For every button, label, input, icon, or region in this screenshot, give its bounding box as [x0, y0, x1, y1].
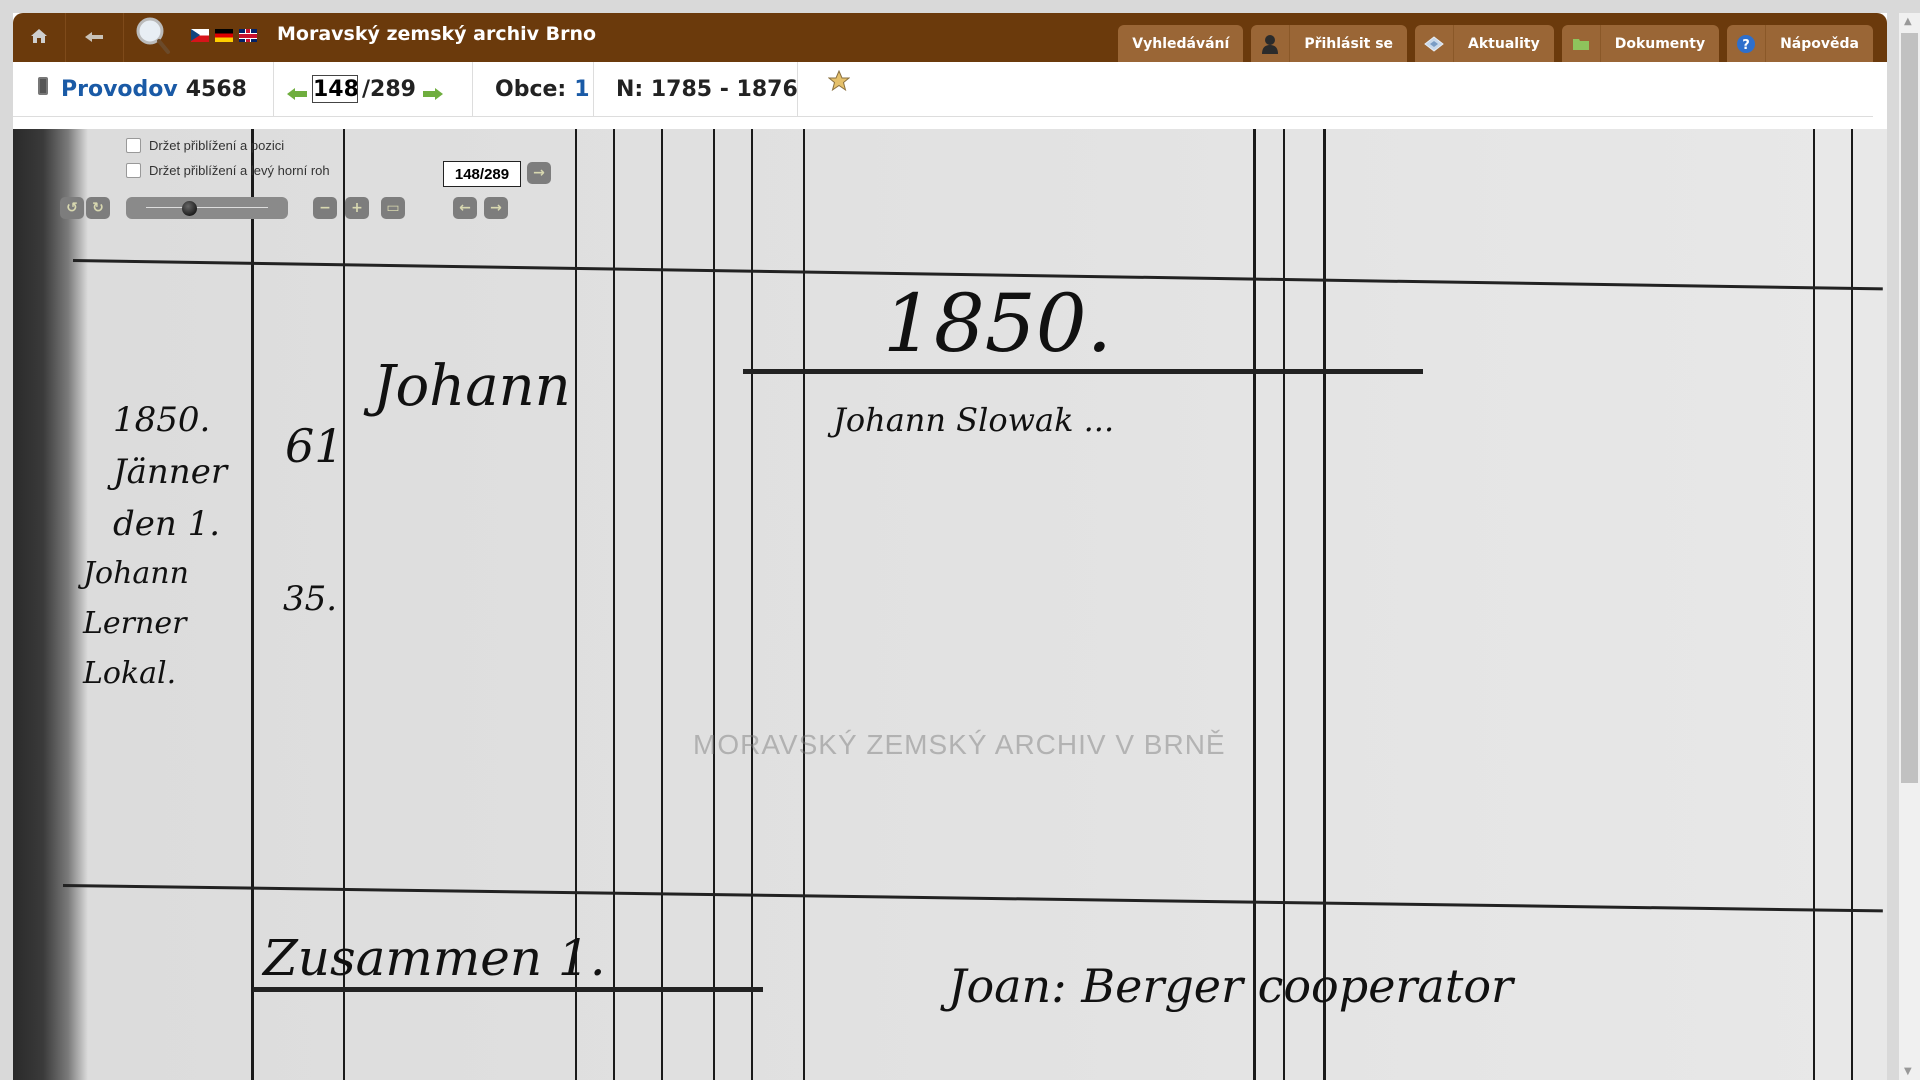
- site-title[interactable]: Moravský zemský archiv Brno: [277, 23, 596, 45]
- page-scrollbar[interactable]: ▲ ▼: [1899, 13, 1920, 1080]
- news-icon: [1415, 25, 1454, 62]
- handwritten-names: Johann Lerner Lokal.: [83, 549, 243, 699]
- obce-info: Obce: 1: [472, 62, 590, 116]
- total-pages: /289: [362, 77, 416, 102]
- keep-zoom-corner-option[interactable]: Držet přiblížení a levý horní roh: [126, 163, 330, 178]
- tab-label: Přihlásit se: [1290, 25, 1407, 62]
- rotate-left-icon: ↺: [66, 200, 78, 216]
- tab-label: Aktuality: [1454, 25, 1554, 62]
- slider-knob[interactable]: [182, 201, 197, 216]
- arrow-left-icon: ←: [459, 200, 471, 216]
- option-label: Držet přiblížení a pozici: [149, 138, 284, 153]
- range-info: N: 1785 - 1876: [593, 62, 798, 116]
- book-name-link[interactable]: Provodov: [61, 77, 178, 102]
- tab-search[interactable]: Vyhledávání: [1118, 25, 1243, 62]
- language-switcher: [191, 29, 257, 42]
- book-title: Provodov 4568: [37, 62, 247, 116]
- fit-page-button[interactable]: ▭: [381, 197, 405, 219]
- tab-help[interactable]: ? Nápověda: [1727, 25, 1873, 62]
- handwritten-name: Johann: [373, 354, 571, 419]
- handwritten-year: 1850.: [883, 277, 1112, 370]
- favorite-area: [797, 62, 850, 116]
- obce-link[interactable]: 1: [574, 77, 589, 102]
- ruled-line: [1253, 129, 1256, 1080]
- svg-text:?: ?: [1742, 38, 1750, 53]
- obce-label: Obce:: [495, 77, 566, 102]
- home-button[interactable]: [13, 13, 66, 62]
- ruled-line: [1323, 129, 1326, 1080]
- handwritten-date: 1850. Jänner den 1.: [113, 394, 253, 550]
- tab-label: Nápověda: [1766, 25, 1873, 62]
- ruled-line: [1813, 129, 1815, 1080]
- tab-label: Vyhledávání: [1118, 25, 1243, 62]
- handwritten-age: 35.: [283, 579, 337, 619]
- handwritten-entry: Johann Slowak ...: [833, 401, 1114, 439]
- tab-login[interactable]: Přihlásit se: [1251, 25, 1407, 62]
- arrow-right-icon: →: [533, 165, 545, 181]
- zoom-out-button[interactable]: −: [313, 197, 337, 219]
- keep-zoom-corner-checkbox[interactable]: [126, 163, 141, 178]
- handwritten-signature: Joan: Berger cooperator: [948, 959, 1513, 1013]
- page: Moravský zemský archiv Brno Vyhledávání …: [13, 13, 1887, 1080]
- fit-window-icon: ▭: [386, 200, 399, 216]
- next-page-arrow-icon[interactable]: [422, 82, 444, 96]
- main-tabs: Vyhledávání Přihlásit se Aktuality Dokum…: [1118, 25, 1873, 62]
- tab-news[interactable]: Aktuality: [1415, 25, 1554, 62]
- page-indicator: 148/289: [443, 161, 521, 187]
- next-image-button[interactable]: →: [484, 197, 508, 219]
- go-to-page-button[interactable]: →: [527, 162, 551, 184]
- rotate-left-button[interactable]: ↺: [60, 197, 84, 219]
- handwritten-number: 61: [285, 419, 344, 473]
- scroll-up-icon[interactable]: ▲: [1904, 16, 1912, 27]
- minus-icon: −: [319, 200, 331, 216]
- back-arrow-icon: [84, 28, 104, 47]
- ruled-line: [1283, 129, 1285, 1080]
- scroll-down-icon[interactable]: ▼: [1904, 1066, 1912, 1077]
- ruled-line: [613, 129, 615, 1080]
- home-icon: [30, 28, 48, 48]
- back-button[interactable]: [65, 13, 124, 62]
- tab-label: Dokumenty: [1601, 25, 1719, 62]
- handwritten-total: Zusammen 1.: [263, 929, 606, 987]
- ruled-line: [251, 129, 254, 1080]
- page-navigator: /289: [273, 62, 444, 116]
- tab-documents[interactable]: Dokumenty: [1562, 25, 1719, 62]
- arrow-right-icon: →: [490, 200, 502, 216]
- bookmark-icon[interactable]: [37, 76, 49, 102]
- magnifier-icon: [135, 16, 171, 60]
- user-icon: [1251, 25, 1290, 62]
- ruled-line: [661, 129, 663, 1080]
- star-icon[interactable]: [828, 70, 850, 98]
- prev-page-arrow-icon[interactable]: [286, 82, 308, 96]
- ruled-line: [253, 987, 763, 992]
- page-number-input[interactable]: [312, 75, 358, 103]
- top-navigation-bar: Moravský zemský archiv Brno Vyhledávání …: [13, 13, 1887, 62]
- book-info-bar: Provodov 4568 /289 Obce: 1 N: 1785 - 187…: [13, 62, 1873, 117]
- zoom-in-button[interactable]: +: [345, 197, 369, 219]
- rotate-right-icon: ↻: [92, 200, 104, 216]
- range-label: N: 1785 - 1876: [616, 77, 798, 102]
- keep-zoom-position-checkbox[interactable]: [126, 138, 141, 153]
- archive-watermark: MORAVSKÝ ZEMSKÝ ARCHIV V BRNĚ: [693, 729, 1226, 761]
- folder-icon: [1562, 25, 1601, 62]
- plus-icon: +: [351, 200, 363, 216]
- rotate-right-button[interactable]: ↻: [86, 197, 110, 219]
- zoom-slider[interactable]: [126, 197, 288, 219]
- flag-english-icon[interactable]: [239, 29, 257, 42]
- keep-zoom-position-option[interactable]: Držet přiblížení a pozici: [126, 138, 284, 153]
- book-number: 4568: [186, 77, 247, 102]
- document-image-viewer[interactable]: 1850. 1850. Jänner den 1. Johann Lerner …: [13, 129, 1887, 1080]
- flag-german-icon[interactable]: [215, 29, 233, 42]
- previous-image-button[interactable]: ←: [453, 197, 477, 219]
- search-button[interactable]: [123, 13, 183, 62]
- ruled-line: [1851, 129, 1853, 1080]
- option-label: Držet přiblížení a levý horní roh: [149, 163, 330, 178]
- flag-czech-icon[interactable]: [191, 29, 209, 42]
- help-icon: ?: [1727, 25, 1766, 62]
- scrollbar-thumb[interactable]: [1901, 33, 1918, 783]
- slider-track: [146, 207, 268, 208]
